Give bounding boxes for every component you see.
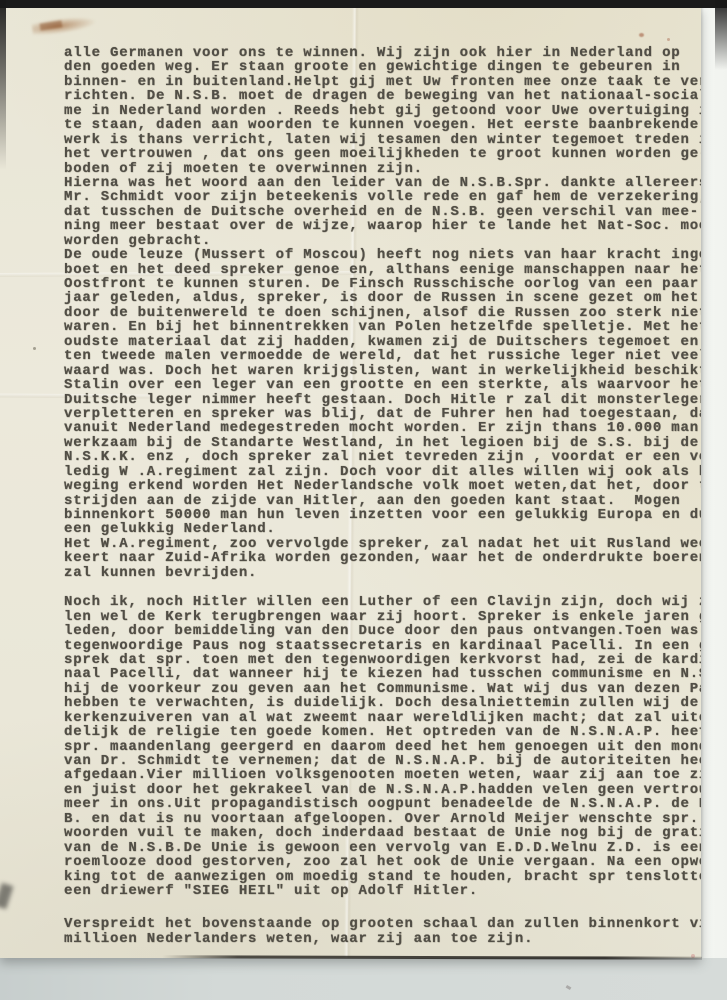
text-line: naal Pacelli, dat wanneer hij te kiezen …: [64, 667, 701, 681]
text-line: ledig W .A.regiment zal zijn. Doch voor …: [64, 465, 701, 479]
text-line: tegenwoordige Paus nog staatssecretaris …: [64, 639, 701, 653]
paragraph: Hierna was het woord aan den leider van …: [64, 176, 701, 248]
text-line: weging erkend worden Het Nederlandsche v…: [64, 479, 701, 493]
text-line: Mr. Schmidt voor zijn beteekenis volle r…: [64, 190, 701, 204]
text-line: Stalin over een leger van een grootte en…: [64, 378, 701, 392]
text-line: een driewerf "SIEG HEIL" uit op Adolf Hi…: [64, 884, 701, 898]
text-line: jaar geleden, aldus, spreker, is door de…: [64, 291, 701, 305]
text-line: Verspreidt het bovenstaande op grooten s…: [64, 917, 701, 931]
paragraph: Verspreidt het bovenstaande op grooten s…: [64, 917, 701, 946]
text-line: werk is thans verricht, laten wij tesame…: [64, 133, 701, 147]
text-line: leden, door bemiddeling van den Duce doo…: [64, 624, 701, 638]
paper-sheet: alle Germanen voor ons te winnen. Wij zi…: [0, 6, 701, 958]
text-line: strijden aan de zijde van Hitler, aan de…: [64, 494, 701, 508]
text-line: roemlooze dood gestorven, zoo zal het oo…: [64, 855, 701, 869]
text-line: van de N.S.B.De Unie is gewoon een vervo…: [64, 841, 701, 855]
scan-bed-right: [700, 0, 727, 1000]
text-line: meer in ons.Uit propagandistisch oogpunt…: [64, 797, 701, 811]
scanned-document-page: alle Germanen voor ons te winnen. Wij zi…: [0, 0, 727, 1000]
text-line: richten. De N.S.B. moet de dragen de bew…: [64, 89, 701, 103]
text-line: vanuit Nederland medegestreden mocht wor…: [64, 421, 701, 435]
paper-speck: [33, 347, 36, 350]
typewritten-text: alle Germanen voor ons te winnen. Wij zi…: [64, 46, 701, 946]
text-line: zal kunnen bevrijden.: [64, 566, 701, 580]
paragraph: Het W.A.regiment, zoo vervolgde spreker,…: [64, 537, 701, 580]
text-line: woorden vuil te maken, doch inderdaad be…: [64, 826, 701, 840]
scan-edge-left: [0, 0, 6, 170]
text-line: ning meer bestaat over de wijze, waarop …: [64, 219, 701, 233]
text-line: worden gebracht.: [64, 234, 701, 248]
text-line: spr. maandenlang geergerd en daarom deed…: [64, 740, 701, 754]
text-line: boet en het deed spreker genoe en, altha…: [64, 263, 701, 277]
text-line: N.S.K.K. enz , doch spreker zal niet tev…: [64, 450, 701, 464]
scan-edge-right: [715, 0, 727, 70]
text-line: het vertrouwen , dat ons geen moeilijkhe…: [64, 147, 701, 161]
scan-bed-bottom: [0, 958, 727, 1000]
paper-speck: [667, 38, 670, 41]
text-line: hebben te verwachten, is duidelijk. Doch…: [64, 696, 701, 710]
text-line: waard was. Doch het waren krijgslisten, …: [64, 364, 701, 378]
paper-speck: [639, 33, 644, 37]
text-line: Duitsche leger nimmer heeft gestaan. Doc…: [64, 393, 701, 407]
text-line: ten tweede malen vermoedde de wereld, da…: [64, 349, 701, 363]
paragraph: Noch ik, noch Hitler willen een Luther o…: [64, 595, 701, 898]
text-line: keert naar Zuid-Afrika worden gezonden, …: [64, 551, 701, 565]
paragraph: alle Germanen voor ons te winnen. Wij zi…: [64, 46, 701, 176]
text-line: De oude leuze (Mussert of Moscou) heeft …: [64, 248, 701, 262]
text-line: waren. En bij het binnentrekken van Pole…: [64, 320, 701, 334]
text-line: Noch ik, noch Hitler willen een Luther o…: [64, 595, 701, 609]
text-line: afgedaan.Vier millioen volksgenooten moe…: [64, 768, 701, 782]
scan-edge-top: [0, 0, 727, 8]
text-line: een gelukkig Nederland.: [64, 522, 701, 536]
text-line: millioen Nederlanders weten, waar zij aa…: [64, 932, 701, 946]
text-line: te staan, daden aan woorden te kunnen vo…: [64, 118, 701, 132]
text-line: kerkenzuiveren van al wat zweemt naar we…: [64, 711, 701, 725]
text-line: len wel de Kerk terugbrengen waar zij ho…: [64, 610, 701, 624]
text-line: den goeden weg. Er staan groote en gewic…: [64, 60, 701, 74]
text-line: king tot de aanwezigen om moedig stand t…: [64, 870, 701, 884]
text-line: boden of zij moeten te overwinnen zijn.: [64, 162, 701, 176]
paragraph: De oude leuze (Mussert of Moscou) heeft …: [64, 248, 701, 537]
text-line: delijk de religie ten goede komen. Het o…: [64, 725, 701, 739]
